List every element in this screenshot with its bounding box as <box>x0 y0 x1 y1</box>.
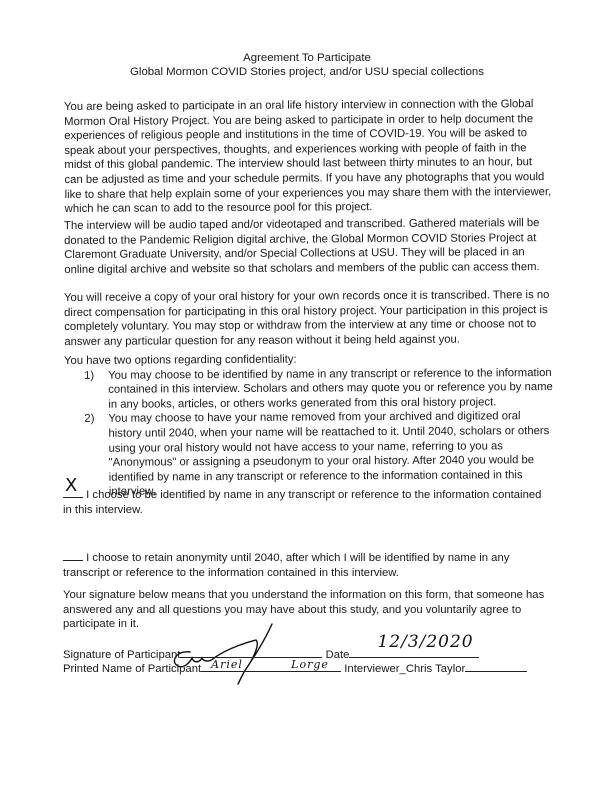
signature-field[interactable] <box>180 646 322 658</box>
choice-anonymous: I choose to retain anonymity until 2040,… <box>63 550 553 580</box>
confidentiality-section: You have two options regarding confident… <box>64 351 555 500</box>
choice-anonymous-checkbox[interactable] <box>63 550 83 561</box>
choice-anonymous-text: I choose to retain anonymity until 2040,… <box>63 552 509 579</box>
form-title: Agreement To Participate <box>0 52 614 64</box>
option-text: You may choose to have your name removed… <box>108 411 549 498</box>
printed-name-label: Printed Name of Participant <box>63 663 201 675</box>
option-item: 1) You may choose to be identified by na… <box>64 366 554 413</box>
voluntary-paragraph: You will receive a copy of your oral his… <box>64 288 554 349</box>
option-number: 2) <box>84 412 94 427</box>
printed-first-name: Ariel <box>211 658 243 671</box>
printed-name-row: Printed Name of ParticipantArielLorge In… <box>63 660 527 675</box>
signature-row: Signature of Participant Date12/3/2020 <box>63 646 479 661</box>
printed-name-field[interactable]: ArielLorge <box>201 660 341 672</box>
archive-paragraph: The interview will be audio taped and/or… <box>64 216 554 277</box>
form-subtitle: Global Mormon COVID Stories project, and… <box>0 66 614 78</box>
signature-statement: Your signature below means that you unde… <box>63 588 553 632</box>
choice-identified: X I choose to be identified by name in a… <box>63 487 553 517</box>
choice-identified-checkbox[interactable]: X <box>63 487 83 498</box>
date-field[interactable]: 12/3/2020 <box>349 646 479 658</box>
confidentiality-options: 1) You may choose to be identified by na… <box>64 366 555 500</box>
intro-paragraph: You are being asked to participate in an… <box>64 97 553 217</box>
date-value: 12/3/2020 <box>377 632 473 652</box>
choice-identified-text: I choose to be identified by name in any… <box>63 489 541 516</box>
option-number: 1) <box>84 368 94 383</box>
interviewer-label: Interviewer_ <box>344 663 406 675</box>
option-text: You may choose to be identified by name … <box>108 367 553 411</box>
interviewer-name: Chris Taylor <box>406 663 465 675</box>
consent-form-page: Agreement To Participate Global Mormon C… <box>0 0 614 800</box>
x-mark-icon: X <box>65 479 77 494</box>
printed-last-name: Lorge <box>291 658 329 671</box>
interviewer-field[interactable] <box>465 660 527 672</box>
